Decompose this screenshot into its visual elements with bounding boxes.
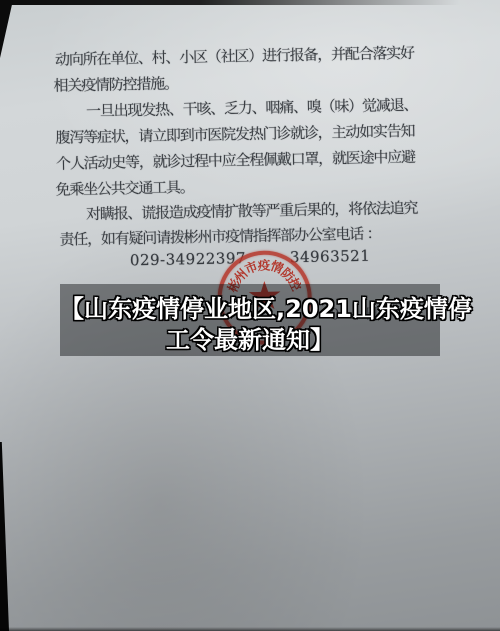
document-photo: 动向所在单位、村、小区（社区）进行报备，并配合落实好 相关疫情防控措施。 一旦出… — [0, 0, 500, 631]
document-line: 动向所在单位、村、小区（社区）进行报备，并配合落实好 — [55, 42, 414, 70]
document-line: 免乘坐公共交通工具。 — [55, 176, 193, 200]
paper-edge-bottom — [0, 627, 500, 631]
document-line: 一旦出现发热、干咳、乏力、咽痛、嗅（味）觉减退、 — [86, 94, 418, 121]
caption-overlay: 【山东疫情停业地区,2021山东疫情停 工令最新通知】 — [60, 284, 440, 356]
document-line: 对瞒报、谎报造成疫情扩散等严重后果的，将依法追究 — [86, 197, 418, 224]
document-line: 个人活动史等，就诊过程中应全程佩戴口罩，就医途中应避 — [56, 146, 415, 174]
paper-edge-top — [0, 0, 500, 5]
caption-line1: 【山东疫情停业地区,2021山东疫情停 — [60, 289, 440, 324]
document-line: 责任，如有疑问请拨彬州市疫情指挥部办公室电话 ： — [59, 223, 380, 250]
caption-line2: 工令最新通知】 — [60, 320, 440, 355]
document-line: 腹泻等症状，请立即到市医院发热门诊就诊，主动如实告知 — [55, 120, 414, 148]
document-line: 相关疫情防控措施。 — [53, 72, 178, 95]
